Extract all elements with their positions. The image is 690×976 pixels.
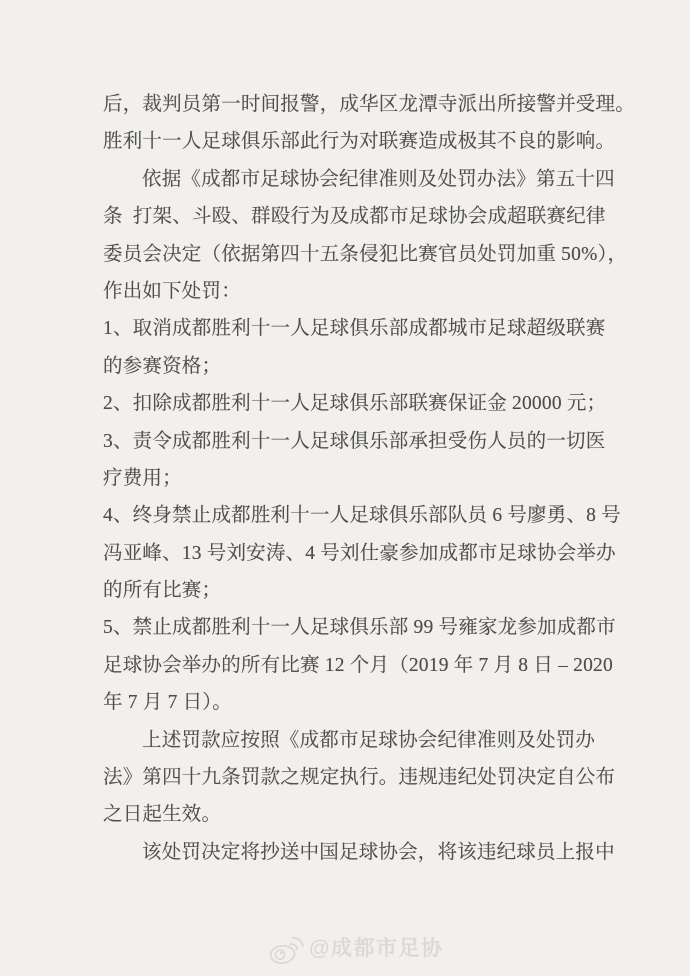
scanned-document-page: 后，裁判员第一时间报警，成华区龙潭寺派出所接警并受理。胜利十一人足球俱乐部此行为…	[0, 0, 690, 976]
text-line: 5、禁止成都胜利十一人足球俱乐部 99 号雍家龙参加成都市	[103, 609, 608, 646]
text-line: 该处罚决定将抄送中国足球协会，将该违纪球员上报中	[103, 834, 608, 871]
text-line: 的所有比赛；	[103, 572, 608, 609]
text-line: 上述罚款应按照《成都市足球协会纪律准则及处罚办	[103, 722, 608, 759]
weibo-watermark: @成都市足协	[268, 933, 443, 965]
text-line: 之日起生效。	[103, 796, 608, 833]
weibo-icon	[266, 931, 305, 967]
text-line: 疗费用；	[103, 460, 608, 497]
watermark-text: @成都市足协	[309, 933, 443, 965]
text-line: 依据《成都市足球协会纪律准则及处罚办法》第五十四	[103, 161, 608, 198]
text-line: 冯亚峰、13 号刘安涛、4 号刘仕豪参加成都市足球协会举办	[103, 535, 608, 572]
text-line: 委员会决定（依据第四十五条侵犯比赛官员处罚加重 50%），	[103, 236, 608, 273]
text-line: 条 打架、斗殴、群殴行为及成都市足球协会成超联赛纪律	[103, 198, 608, 235]
text-line: 后，裁判员第一时间报警，成华区龙潭寺派出所接警并受理。	[103, 86, 608, 123]
document-body: 后，裁判员第一时间报警，成华区龙潭寺派出所接警并受理。胜利十一人足球俱乐部此行为…	[103, 86, 608, 871]
text-line: 2、扣除成都胜利十一人足球俱乐部联赛保证金 20000 元；	[103, 385, 608, 422]
text-line: 足球协会举办的所有比赛 12 个月（2019 年 7 月 8 日 – 2020	[103, 647, 608, 684]
text-line: 法》第四十九条罚款之规定执行。违规违纪处罚决定自公布	[103, 759, 608, 796]
text-line: 的参赛资格；	[103, 348, 608, 385]
text-line: 1、取消成都胜利十一人足球俱乐部成都城市足球超级联赛	[103, 310, 608, 347]
text-line: 年 7 月 7 日）。	[103, 684, 608, 721]
text-line: 3、责令成都胜利十一人足球俱乐部承担受伤人员的一切医	[103, 423, 608, 460]
text-line: 作出如下处罚：	[103, 273, 608, 310]
text-line: 4、终身禁止成都胜利十一人足球俱乐部队员 6 号廖勇、8 号	[103, 497, 608, 534]
text-line: 胜利十一人足球俱乐部此行为对联赛造成极其不良的影响。	[103, 123, 608, 160]
